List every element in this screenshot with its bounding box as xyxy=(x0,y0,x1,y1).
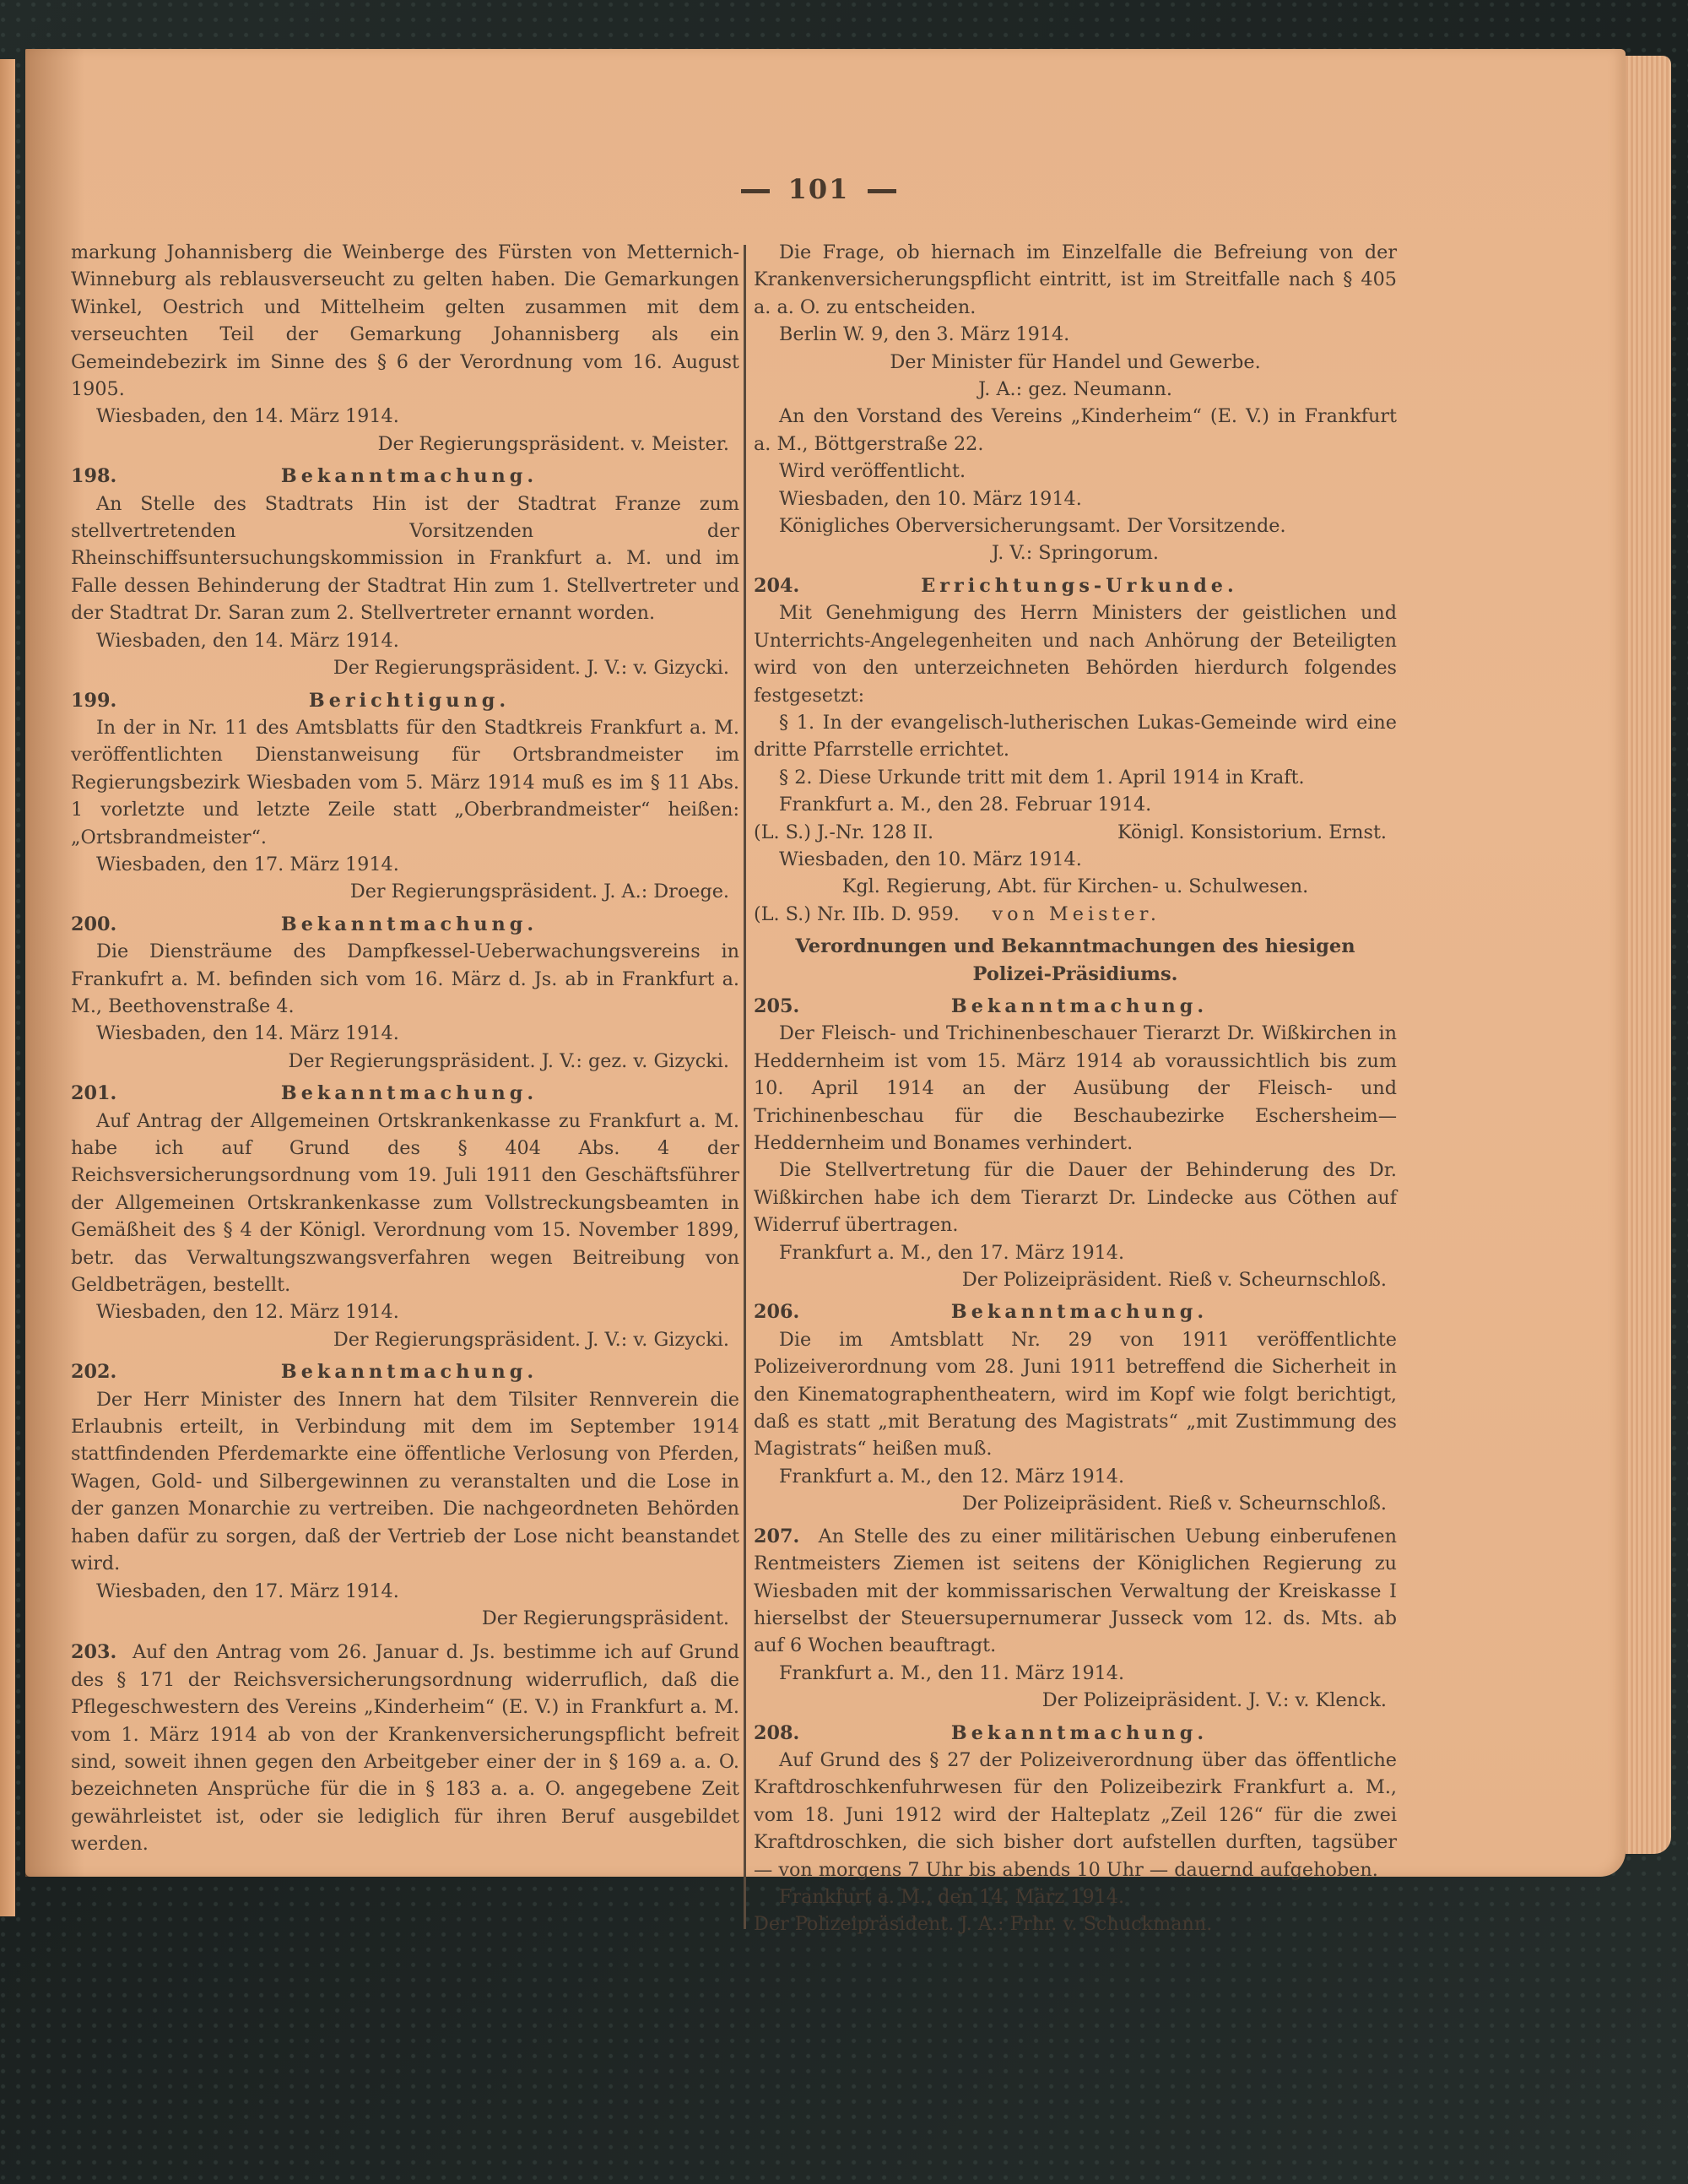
seal-row-2: (L. S.) Nr. IIb. D. 959. von Meister. xyxy=(754,901,1397,928)
place-date: Frankfurt a. M., den 12. März 1914. xyxy=(754,1463,1397,1490)
notice-body: Der Fleisch- und Trichinenbeschauer Tier… xyxy=(754,1020,1397,1157)
dash-left xyxy=(741,189,770,193)
notice-203: 203. Auf den Antrag vom 26. Januar d. Js… xyxy=(71,1639,739,1857)
issuing-authority: Königliches Oberversicherungsamt. Der Vo… xyxy=(754,512,1397,539)
signature: Der Regierungspräsident. J. V.: gez. v. … xyxy=(71,1048,739,1075)
notice-201: 201. Bekanntmachung. Auf Antrag der Allg… xyxy=(71,1080,739,1353)
notice-number: 202. xyxy=(71,1358,172,1385)
notice-heading: 208. Bekanntmachung. xyxy=(754,1720,1397,1747)
signature: von Meister. xyxy=(992,901,1160,928)
notice-body: In der in Nr. 11 des Amtsblatts für den … xyxy=(71,714,739,851)
notice-heading: 201. Bekanntmachung. xyxy=(71,1080,739,1107)
notice-continued: markung Johannisberg die Weinberge des F… xyxy=(71,239,739,458)
place-date: Wiesbaden, den 14. März 1914. xyxy=(71,627,739,654)
notice-203-continued: Die Frage, ob hiernach im Einzelfalle di… xyxy=(754,239,1397,567)
place-date: Frankfurt a. M., den 17. März 1914. xyxy=(754,1239,1397,1266)
notice-body: Mit Genehmigung des Herrn Ministers der … xyxy=(754,599,1397,709)
section-title: Verordnungen und Bekanntmachungen des hi… xyxy=(754,933,1397,988)
notice-198: 198. Bekanntmachung. An Stelle des Stadt… xyxy=(71,463,739,681)
notice-body: markung Johannisberg die Weinberge des F… xyxy=(71,239,739,403)
notice-title: Bekanntmachung. xyxy=(172,463,739,490)
notice-number: 205. xyxy=(754,993,855,1020)
notice-title: Berichtigung. xyxy=(172,687,739,714)
notice-number: 206. xyxy=(754,1298,855,1325)
signature: J. V.: Springorum. xyxy=(754,539,1397,566)
signature: Der Regierungspräsident. J. A.: Droege. xyxy=(71,878,739,905)
issuing-authority: Kgl. Regierung, Abt. für Kirchen- u. Sch… xyxy=(754,873,1397,900)
signature: Der Regierungspräsident. v. Meister. xyxy=(71,431,739,458)
notice-205: 205. Bekanntmachung. Der Fleisch- und Tr… xyxy=(754,993,1397,1293)
notice-body: Auf Grund des § 27 der Polizeiverordnung… xyxy=(754,1747,1397,1883)
notice-body: Auf Antrag der Allgemeinen Ortskrankenka… xyxy=(71,1108,739,1299)
dash-right xyxy=(868,189,896,193)
signature: Der Regierungspräsident. J. V.: v. Gizyc… xyxy=(71,654,739,681)
notice-body: 203. Auf den Antrag vom 26. Januar d. Js… xyxy=(71,1639,739,1857)
notice-text: Auf den Antrag vom 26. Januar d. Js. bes… xyxy=(71,1641,739,1855)
notice-202: 202. Bekanntmachung. Der Herr Minister d… xyxy=(71,1358,739,1632)
place-date: Wiesbaden, den 14. März 1914. xyxy=(71,1020,739,1047)
notice-heading: 204. Errichtungs-Urkunde. xyxy=(754,572,1397,599)
notice-heading: 202. Bekanntmachung. xyxy=(71,1358,739,1385)
signature: Der Regierungspräsident. xyxy=(71,1605,739,1632)
signature: Der Polizeipräsident. J. V.: v. Klenck. xyxy=(754,1687,1397,1714)
notice-200: 200. Bekanntmachung. Die Diensträume des… xyxy=(71,911,739,1075)
seal-row-1: (L. S.) J.-Nr. 128 II. Königl. Konsistor… xyxy=(754,819,1397,846)
notice-body: Die im Amtsblatt Nr. 29 von 1911 veröffe… xyxy=(754,1326,1397,1463)
notice-207: 207. An Stelle des zu einer militärische… xyxy=(754,1523,1397,1715)
place-date: Wiesbaden, den 14. März 1914. xyxy=(71,403,739,430)
signature: Der Polizeipräsident. Rieß v. Scheurnsch… xyxy=(754,1490,1397,1517)
signature: Der Regierungspräsident. J. V.: v. Gizyc… xyxy=(71,1326,739,1353)
notice-number: 204. xyxy=(754,572,855,599)
notice-body-2: Die Stellvertretung für die Dauer der Be… xyxy=(754,1157,1397,1238)
notice-206: 206. Bekanntmachung. Die im Amtsblatt Nr… xyxy=(754,1298,1397,1517)
page-number-header: 101 xyxy=(692,173,945,205)
notice-number: 198. xyxy=(71,463,172,490)
signature: Der Polizeipräsident. J. A.: Frhr. v. Sc… xyxy=(754,1910,1397,1937)
place-date: Wiesbaden, den 17. März 1914. xyxy=(71,851,739,878)
notice-heading: 200. Bekanntmachung. xyxy=(71,911,739,938)
signature: Der Polizeipräsident. Rieß v. Scheurnsch… xyxy=(754,1266,1397,1293)
notice-title: Bekanntmachung. xyxy=(855,1298,1397,1325)
place-date: Wiesbaden, den 17. März 1914. xyxy=(71,1578,739,1605)
notice-heading: 199. Berichtigung. xyxy=(71,687,739,714)
notice-number: 208. xyxy=(754,1720,855,1747)
notice-number: 199. xyxy=(71,687,172,714)
notice-title: Bekanntmachung. xyxy=(172,911,739,938)
notice-heading: 205. Bekanntmachung. xyxy=(754,993,1397,1020)
notice-title: Bekanntmachung. xyxy=(172,1358,739,1385)
notice-body: Die Diensträume des Dampfkessel-Ueberwac… xyxy=(71,938,739,1020)
notice-text: An Stelle des zu einer militärischen Ueb… xyxy=(754,1526,1397,1657)
notice-title: Errichtungs-Urkunde. xyxy=(855,572,1397,599)
page-stack-edges xyxy=(1626,56,1671,1854)
notice-208: 208. Bekanntmachung. Auf Grund des § 27 … xyxy=(754,1720,1397,1938)
place-date: Frankfurt a. M., den 28. Februar 1914. xyxy=(754,791,1397,818)
issuing-authority: Der Minister für Handel und Gewerbe. xyxy=(754,349,1397,376)
right-column: Die Frage, ob hiernach im Einzelfalle di… xyxy=(754,239,1397,1938)
notice-body: Die Frage, ob hiernach im Einzelfalle di… xyxy=(754,239,1397,321)
left-column: markung Johannisberg die Weinberge des F… xyxy=(71,239,739,1858)
notice-number: 203. xyxy=(71,1641,116,1663)
signature: J. A.: gez. Neumann. xyxy=(754,376,1397,403)
notice-number: 200. xyxy=(71,911,172,938)
seal-reference: (L. S.) Nr. IIb. D. 959. xyxy=(754,901,960,928)
page-number: 101 xyxy=(788,173,850,205)
notice-body: Der Herr Minister des Innern hat dem Til… xyxy=(71,1386,739,1578)
notice-heading: 206. Bekanntmachung. xyxy=(754,1298,1397,1325)
column-divider xyxy=(744,245,746,1929)
notice-body: 207. An Stelle des zu einer militärische… xyxy=(754,1523,1397,1660)
notice-number: 207. xyxy=(754,1526,799,1547)
place-date: Wiesbaden, den 12. März 1914. xyxy=(71,1298,739,1325)
notice-number: 201. xyxy=(71,1080,172,1107)
notice-title: Bekanntmachung. xyxy=(172,1080,739,1107)
publication-note: Wird veröffentlicht. xyxy=(754,458,1397,485)
place-date: Wiesbaden, den 10. März 1914. xyxy=(754,485,1397,512)
place-date: Frankfurt a. M., den 14. März 1914. xyxy=(754,1883,1397,1910)
notice-199: 199. Berichtigung. In der in Nr. 11 des … xyxy=(71,687,739,906)
notice-heading: 198. Bekanntmachung. xyxy=(71,463,739,490)
paragraph-2: § 2. Diese Urkunde tritt mit dem 1. Apri… xyxy=(754,764,1397,791)
place-date: Frankfurt a. M., den 11. März 1914. xyxy=(754,1660,1397,1687)
paragraph-1: § 1. In der evangelisch-lutherischen Luk… xyxy=(754,709,1397,764)
notice-title: Bekanntmachung. xyxy=(855,993,1397,1020)
place-date: Berlin W. 9, den 3. März 1914. xyxy=(754,321,1397,348)
signature: Königl. Konsistorium. Ernst. xyxy=(1117,819,1397,846)
notice-204: 204. Errichtungs-Urkunde. Mit Genehmigun… xyxy=(754,572,1397,928)
seal-reference: (L. S.) J.-Nr. 128 II. xyxy=(754,819,933,846)
place-date: Wiesbaden, den 10. März 1914. xyxy=(754,846,1397,873)
notice-body: An Stelle des Stadtrats Hin ist der Stad… xyxy=(71,490,739,627)
notice-title: Bekanntmachung. xyxy=(855,1720,1397,1747)
addressee: An den Vorstand des Vereins „Kinderheim“… xyxy=(754,403,1397,458)
left-page-edge xyxy=(0,59,15,1916)
